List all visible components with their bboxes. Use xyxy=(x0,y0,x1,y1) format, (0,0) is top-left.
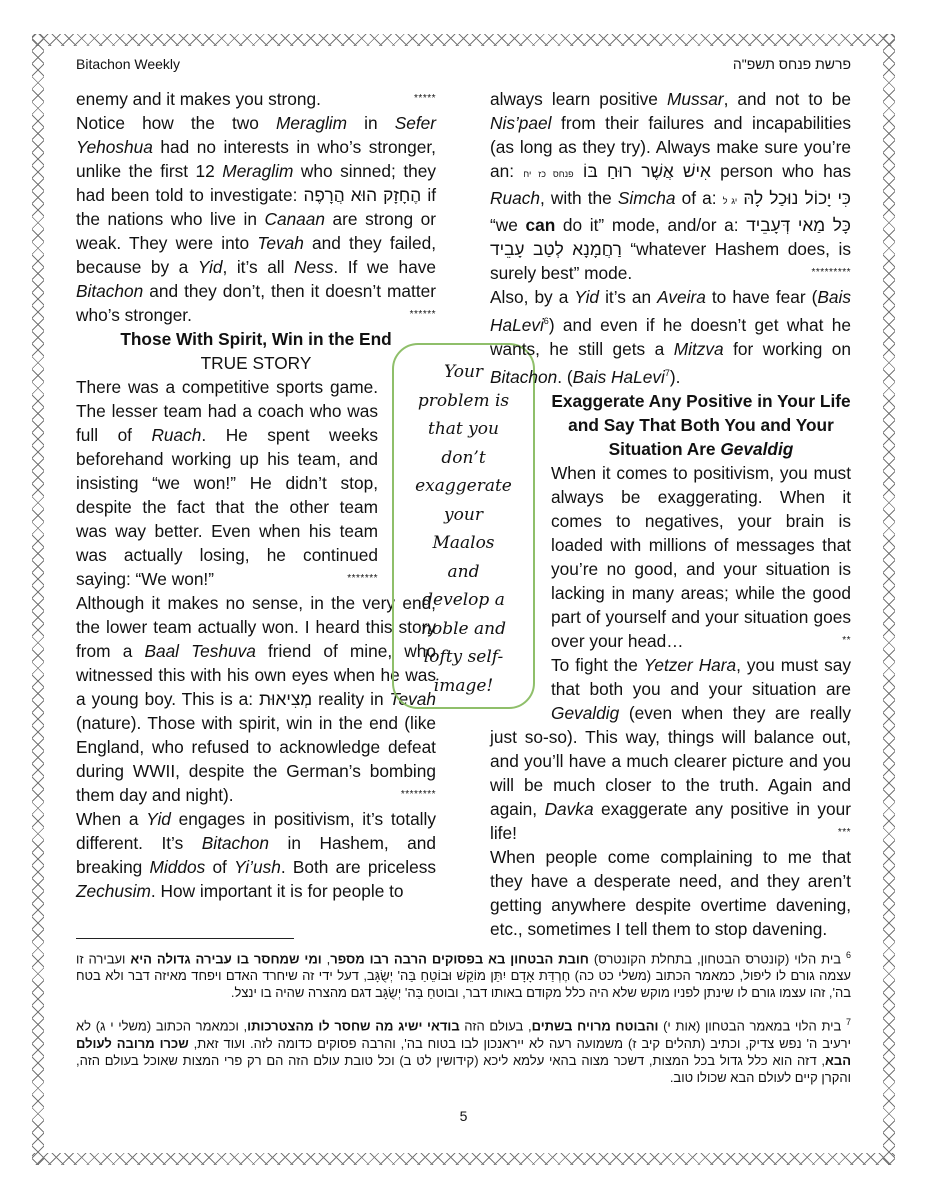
paragraph: When a Yid engages in positivism, it’s t… xyxy=(76,807,436,903)
footnotes: 6 בית הלוי (קונטרס הבטחון, בתחלת הקונטרס… xyxy=(76,938,851,1099)
footnote-separator xyxy=(76,938,294,939)
section-heading: Those With Spirit, Win in the End xyxy=(76,327,436,351)
section-divider-stars: ******** xyxy=(401,783,436,807)
border-bottom xyxy=(32,1153,895,1165)
hebrew-quote: אִישׁ אֲשֶׁר רוּחַ בּוֹ xyxy=(583,161,711,181)
parsha-title: פרשת פנחס תשפ"ה xyxy=(733,56,851,72)
border-right xyxy=(883,34,895,1165)
border-left xyxy=(32,34,44,1165)
section-divider-stars: ********* xyxy=(811,261,851,285)
paragraph: To fight the Yetzer Hara, you must say t… xyxy=(490,653,851,845)
border-top xyxy=(32,34,895,46)
right-column: always learn positive Mussar, and not to… xyxy=(490,87,851,941)
source-citation: פנחס כז יח xyxy=(523,169,573,179)
publication-title: Bitachon Weekly xyxy=(76,56,180,72)
source-citation: יג ל xyxy=(723,196,738,206)
section-divider-stars: ***** xyxy=(414,87,436,111)
section-heading: Exaggerate Any Positive in Your Life and… xyxy=(551,389,851,461)
hebrew-word: מְצִיאוּת xyxy=(259,689,312,709)
wrap-spacer xyxy=(490,653,551,725)
page-number: 5 xyxy=(0,1108,927,1124)
section-subheading: TRUE STORY xyxy=(76,351,436,375)
hebrew-quote: כִּי יָכוֹל נוּכַל לָהּ xyxy=(743,188,851,208)
paragraph: Also, by a Yid it’s an Aveira to have fe… xyxy=(490,285,851,389)
hebrew-quote: הֶחָזָק הוּא הֲרָפֶה xyxy=(303,185,421,205)
indented-block: Exaggerate Any Positive in Your Life and… xyxy=(551,389,851,653)
left-column: enemy and it makes you strong.***** Noti… xyxy=(76,87,436,903)
paragraph: enemy and it makes you strong.***** xyxy=(76,87,436,111)
section-divider-stars: ** xyxy=(842,629,851,653)
section-divider-stars: *** xyxy=(838,821,851,845)
footnote-6: 6 בית הלוי (קונטרס הבטחון, בתחלת הקונטרס… xyxy=(76,947,851,1001)
footnote-7: 7 בית הלוי במאמר הבטחון (אות י) והבוטח מ… xyxy=(76,1014,851,1085)
paragraph: There was a competitive sports game. The… xyxy=(76,375,378,591)
paragraph: always learn positive Mussar, and not to… xyxy=(490,87,851,285)
section-divider-stars: ******* xyxy=(347,567,378,591)
page-header: Bitachon Weekly פרשת פנחס תשפ"ה xyxy=(76,56,851,76)
paragraph: Notice how the two Meraglim in Sefer Yeh… xyxy=(76,111,436,327)
paragraph: Although it makes no sense, in the very … xyxy=(76,591,436,807)
section-divider-stars: ****** xyxy=(410,303,436,327)
paragraph: When it comes to positivism, you must al… xyxy=(551,461,851,653)
paragraph: When people come complaining to me that … xyxy=(490,845,851,941)
